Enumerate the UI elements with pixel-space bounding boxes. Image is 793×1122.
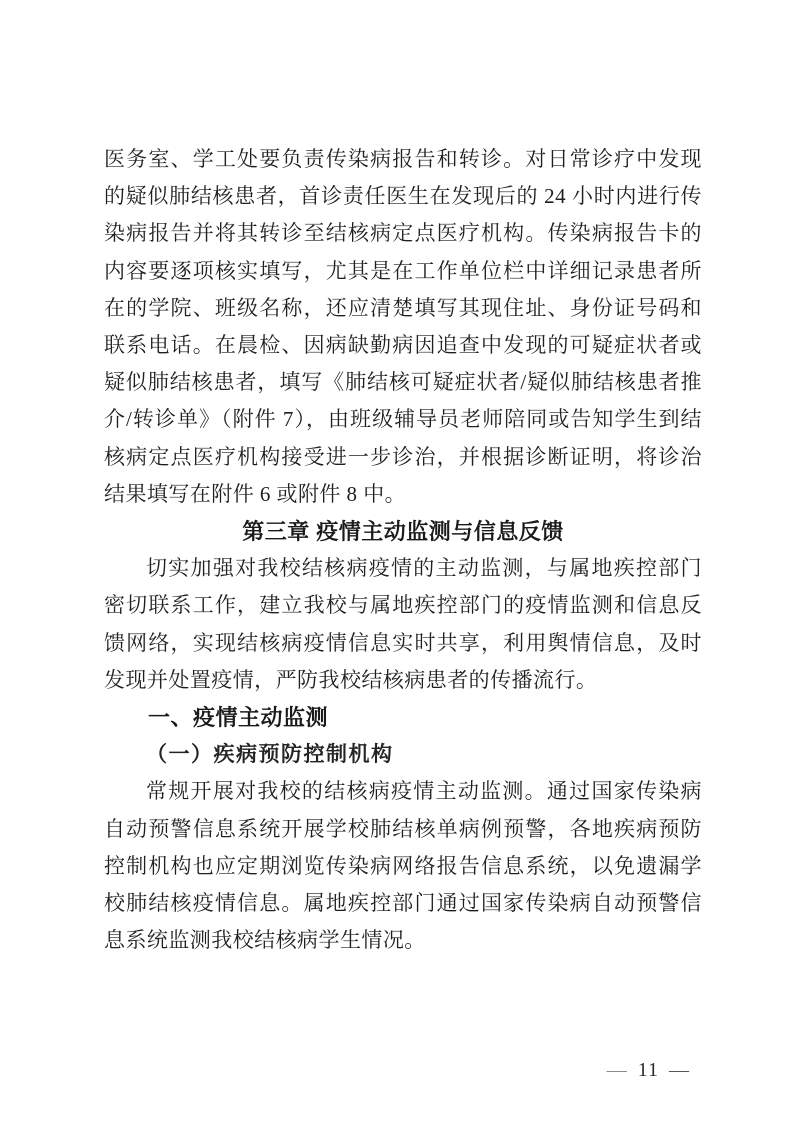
chapter-heading: 第三章 疫情主动监测与信息反馈 (104, 513, 702, 550)
sub-section-heading: （一）疾病预防控制机构 (104, 736, 702, 773)
section-heading: 一、疫情主动监测 (104, 699, 702, 736)
body-paragraph-continued: 医务室、学工处要负责传染病报告和转诊。对日常诊疗中发现的疑似肺结核患者，首诊责任… (104, 141, 702, 513)
page-content: 医务室、学工处要负责传染病报告和转诊。对日常诊疗中发现的疑似肺结核患者，首诊责任… (104, 141, 702, 959)
footer-right-dash: — (669, 1059, 690, 1081)
body-paragraph: 切实加强对我校结核病疫情的主动监测，与属地疾控部门密切联系工作，建立我校与属地疾… (104, 550, 702, 699)
page-number: 11 (628, 1059, 669, 1081)
document-page: 医务室、学工处要负责传染病报告和转诊。对日常诊疗中发现的疑似肺结核患者，首诊责任… (0, 0, 793, 1122)
footer-left-dash: — (607, 1059, 628, 1081)
page-number-footer: —11— (583, 1031, 690, 1109)
body-paragraph: 常规开展对我校的结核病疫情主动监测。通过国家传染病自动预警信息系统开展学校肺结核… (104, 773, 702, 959)
